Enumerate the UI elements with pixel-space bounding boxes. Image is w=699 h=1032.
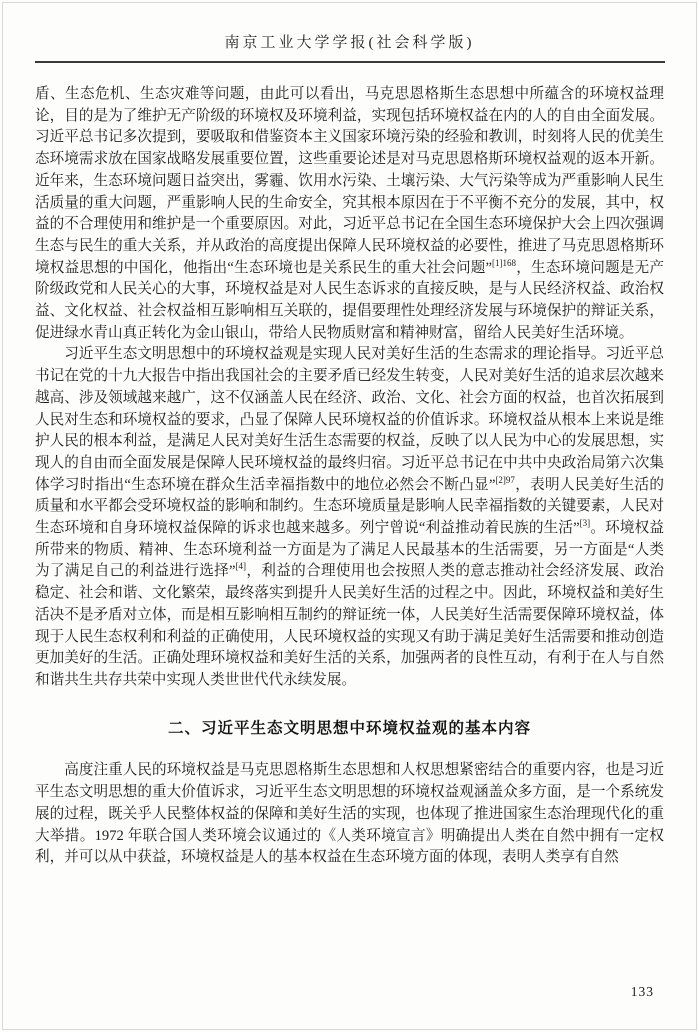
page-footer: 133 (631, 983, 654, 1001)
body-paragraph-2: 习近平生态文明思想中的环境权益观是实现人民对美好生活的生态需求的理论指导。习近平… (35, 344, 664, 691)
page-number: 133 (631, 984, 654, 999)
body-paragraph-3: 高度注重人民的环境权益是马克思恩格斯生态思想和人权思想紧密结合的重要内容，也是习… (35, 760, 664, 869)
body-paragraph-1: 盾、生态危机、生态灾难等问题，由此可以看出，马克思恩格斯生态思想中所蕴含的环境权… (35, 84, 664, 344)
section-heading: 二、习近平生态文明思想中环境权益观的基本内容 (35, 718, 664, 740)
article-body: 盾、生态危机、生态灾难等问题，由此可以看出，马克思恩格斯生态思想中所蕴含的环境权… (35, 63, 664, 869)
journal-header: 南京工业大学学报(社会科学版) (35, 3, 665, 63)
journal-title: 南京工业大学学报(社会科学版) (35, 31, 665, 52)
journal-page: 南京工业大学学报(社会科学版) 盾、生态危机、生态灾难等问题，由此可以看出，马克… (2, 2, 697, 1030)
